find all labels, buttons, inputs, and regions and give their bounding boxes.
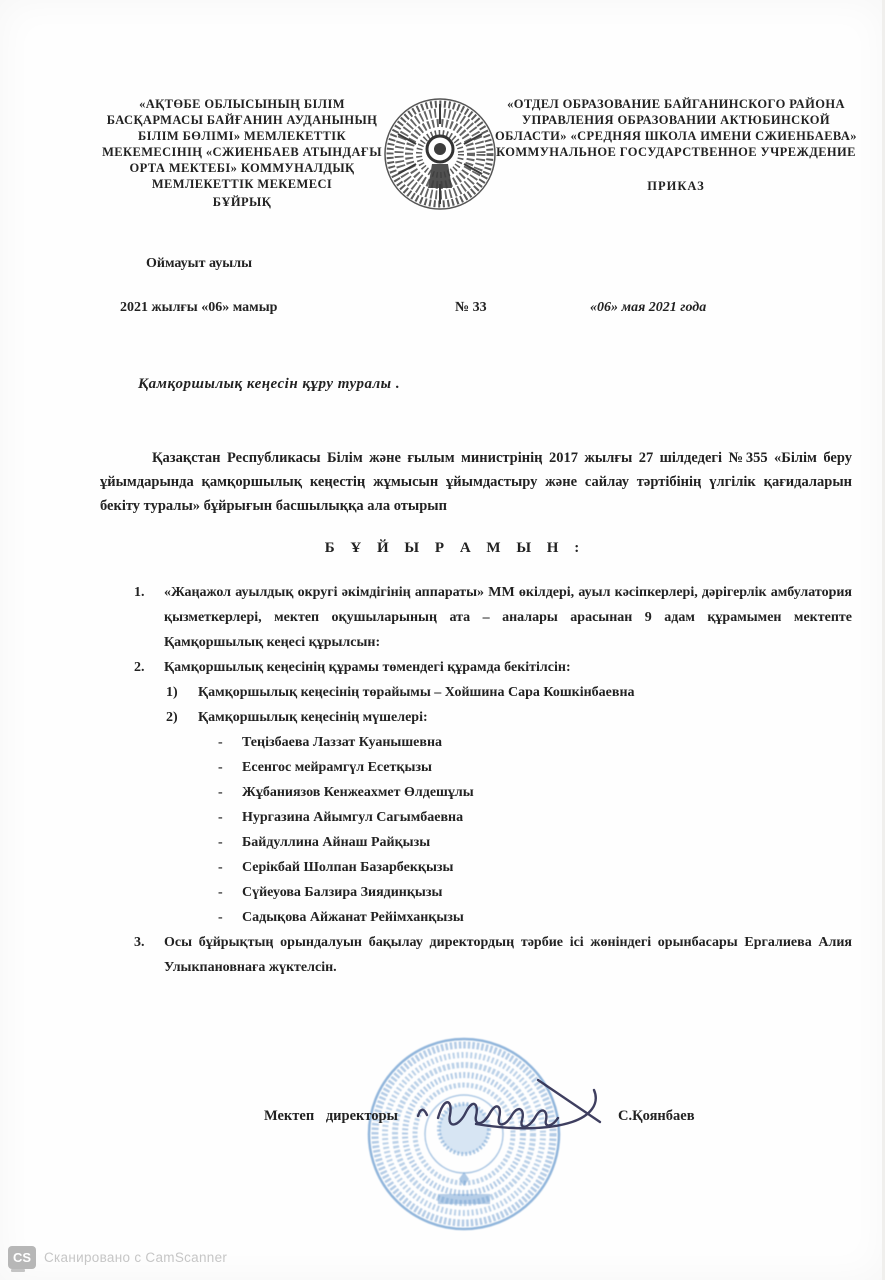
- order-item-2: 2. Қамқоршылық кеңесінің құрамы төмендег…: [134, 655, 852, 680]
- dash-bullet: -: [218, 805, 242, 830]
- member-row: - Сүйеуова Балзира Зиядинқызы: [218, 880, 852, 905]
- member-name: Жұбаниязов Кенжеахмет Өлдешұлы: [242, 780, 474, 805]
- member-row: - Байдуллина Айнаш Райқызы: [218, 830, 852, 855]
- order-item-3: 3. Осы бұйрықтың орындалуын бақылау дире…: [134, 930, 852, 980]
- dash-bullet: -: [218, 855, 242, 880]
- member-name: Байдуллина Айнаш Райқызы: [242, 830, 430, 855]
- subitem-number: 1): [166, 680, 198, 705]
- order-items: 1. «Жаңажол ауылдық округі әкімдігінің а…: [134, 580, 852, 980]
- date-russian: «06» мая 2021 года: [590, 300, 706, 316]
- dash-bullet: -: [218, 905, 242, 930]
- member-row: - Есенгос мейрамгүл Есетқызы: [218, 755, 852, 780]
- member-row: - Серікбай Шолпан Базарбекқызы: [218, 855, 852, 880]
- item-text: «Жаңажол ауылдық округі әкімдігінің аппа…: [164, 580, 852, 655]
- signer-name: С.Қоянбаев: [618, 1108, 695, 1125]
- member-name: Есенгос мейрамгүл Есетқызы: [242, 755, 432, 780]
- scanned-order-document: «АҚТӨБЕ ОБЛЫСЫНЫҢ БІЛІМ БАСҚАРМАСЫ БАЙҒА…: [0, 0, 885, 1280]
- date-kazakh: 2021 жылғы «06» мамыр: [120, 300, 277, 316]
- org-block-ru: «ОТДЕЛ ОБРАЗОВАНИЕ БАЙГАНИНСКОГО РАЙОНА …: [492, 96, 860, 194]
- dash-bullet: -: [218, 780, 242, 805]
- intro-paragraph: Қазақстан Республикасы Білім және ғылым …: [100, 446, 852, 518]
- place-line: Оймауыт ауылы: [146, 256, 252, 272]
- member-name: Нургазина Айымгул Сагымбаевна: [242, 805, 463, 830]
- dash-bullet: -: [218, 730, 242, 755]
- item-text: Қамқоршылық кеңесінің құрамы төмендегі қ…: [164, 655, 852, 680]
- org-block-kk: «АҚТӨБЕ ОБЛЫСЫНЫҢ БІЛІМ БАСҚАРМАСЫ БАЙҒА…: [92, 96, 392, 210]
- member-row: - Теңізбаева Лаззат Куанышевна: [218, 730, 852, 755]
- member-row: - Садықова Айжанат Рейімханқызы: [218, 905, 852, 930]
- member-name: Серікбай Шолпан Базарбекқызы: [242, 855, 453, 880]
- item-number: 3.: [134, 930, 164, 980]
- item-number: 2.: [134, 655, 164, 680]
- order-subject: Қамқоршылық кеңесін құру туралы .: [138, 376, 400, 393]
- subitem-text: Қамқоршылық кеңесінің төрайымы – Хойшина…: [198, 680, 635, 705]
- doc-type-kk: БҰЙРЫҚ: [92, 194, 392, 210]
- dash-bullet: -: [218, 830, 242, 855]
- order-item-1: 1. «Жаңажол ауылдық округі әкімдігінің а…: [134, 580, 852, 655]
- resolve-word: Б Ұ Й Ы Р А М Ы Н :: [100, 540, 810, 557]
- member-row: - Нургазина Айымгул Сагымбаевна: [218, 805, 852, 830]
- dash-bullet: -: [218, 755, 242, 780]
- signer-role: Мектеп директоры: [264, 1108, 398, 1125]
- camscanner-note: Сканировано с CamScanner: [44, 1250, 227, 1265]
- member-name: Сүйеуова Балзира Зиядинқызы: [242, 880, 442, 905]
- subitem-members-heading: 2) Қамқоршылық кеңесінің мүшелері:: [166, 705, 852, 730]
- dash-bullet: -: [218, 880, 242, 905]
- org-name-ru: «ОТДЕЛ ОБРАЗОВАНИЕ БАЙГАНИНСКОГО РАЙОНА …: [492, 96, 860, 160]
- member-name: Теңізбаева Лаззат Куанышевна: [242, 730, 442, 755]
- subitem-number: 2): [166, 705, 198, 730]
- member-name: Садықова Айжанат Рейімханқызы: [242, 905, 464, 930]
- subitem-chair: 1) Қамқоршылық кеңесінің төрайымы – Хойш…: [166, 680, 852, 705]
- kazakhstan-emblem-icon: [380, 94, 500, 214]
- handwritten-signature: [398, 1068, 610, 1150]
- subitem-text: Қамқоршылық кеңесінің мүшелері:: [198, 705, 428, 730]
- item-number: 1.: [134, 580, 164, 655]
- doc-type-ru: ПРИКАЗ: [492, 178, 860, 194]
- camscanner-logo-icon: CS: [8, 1246, 36, 1269]
- order-number: № 33: [455, 300, 487, 316]
- org-name-kk: «АҚТӨБЕ ОБЛЫСЫНЫҢ БІЛІМ БАСҚАРМАСЫ БАЙҒА…: [92, 96, 392, 192]
- item-text: Осы бұйрықтың орындалуын бақылау директо…: [164, 930, 852, 980]
- member-row: - Жұбаниязов Кенжеахмет Өлдешұлы: [218, 780, 852, 805]
